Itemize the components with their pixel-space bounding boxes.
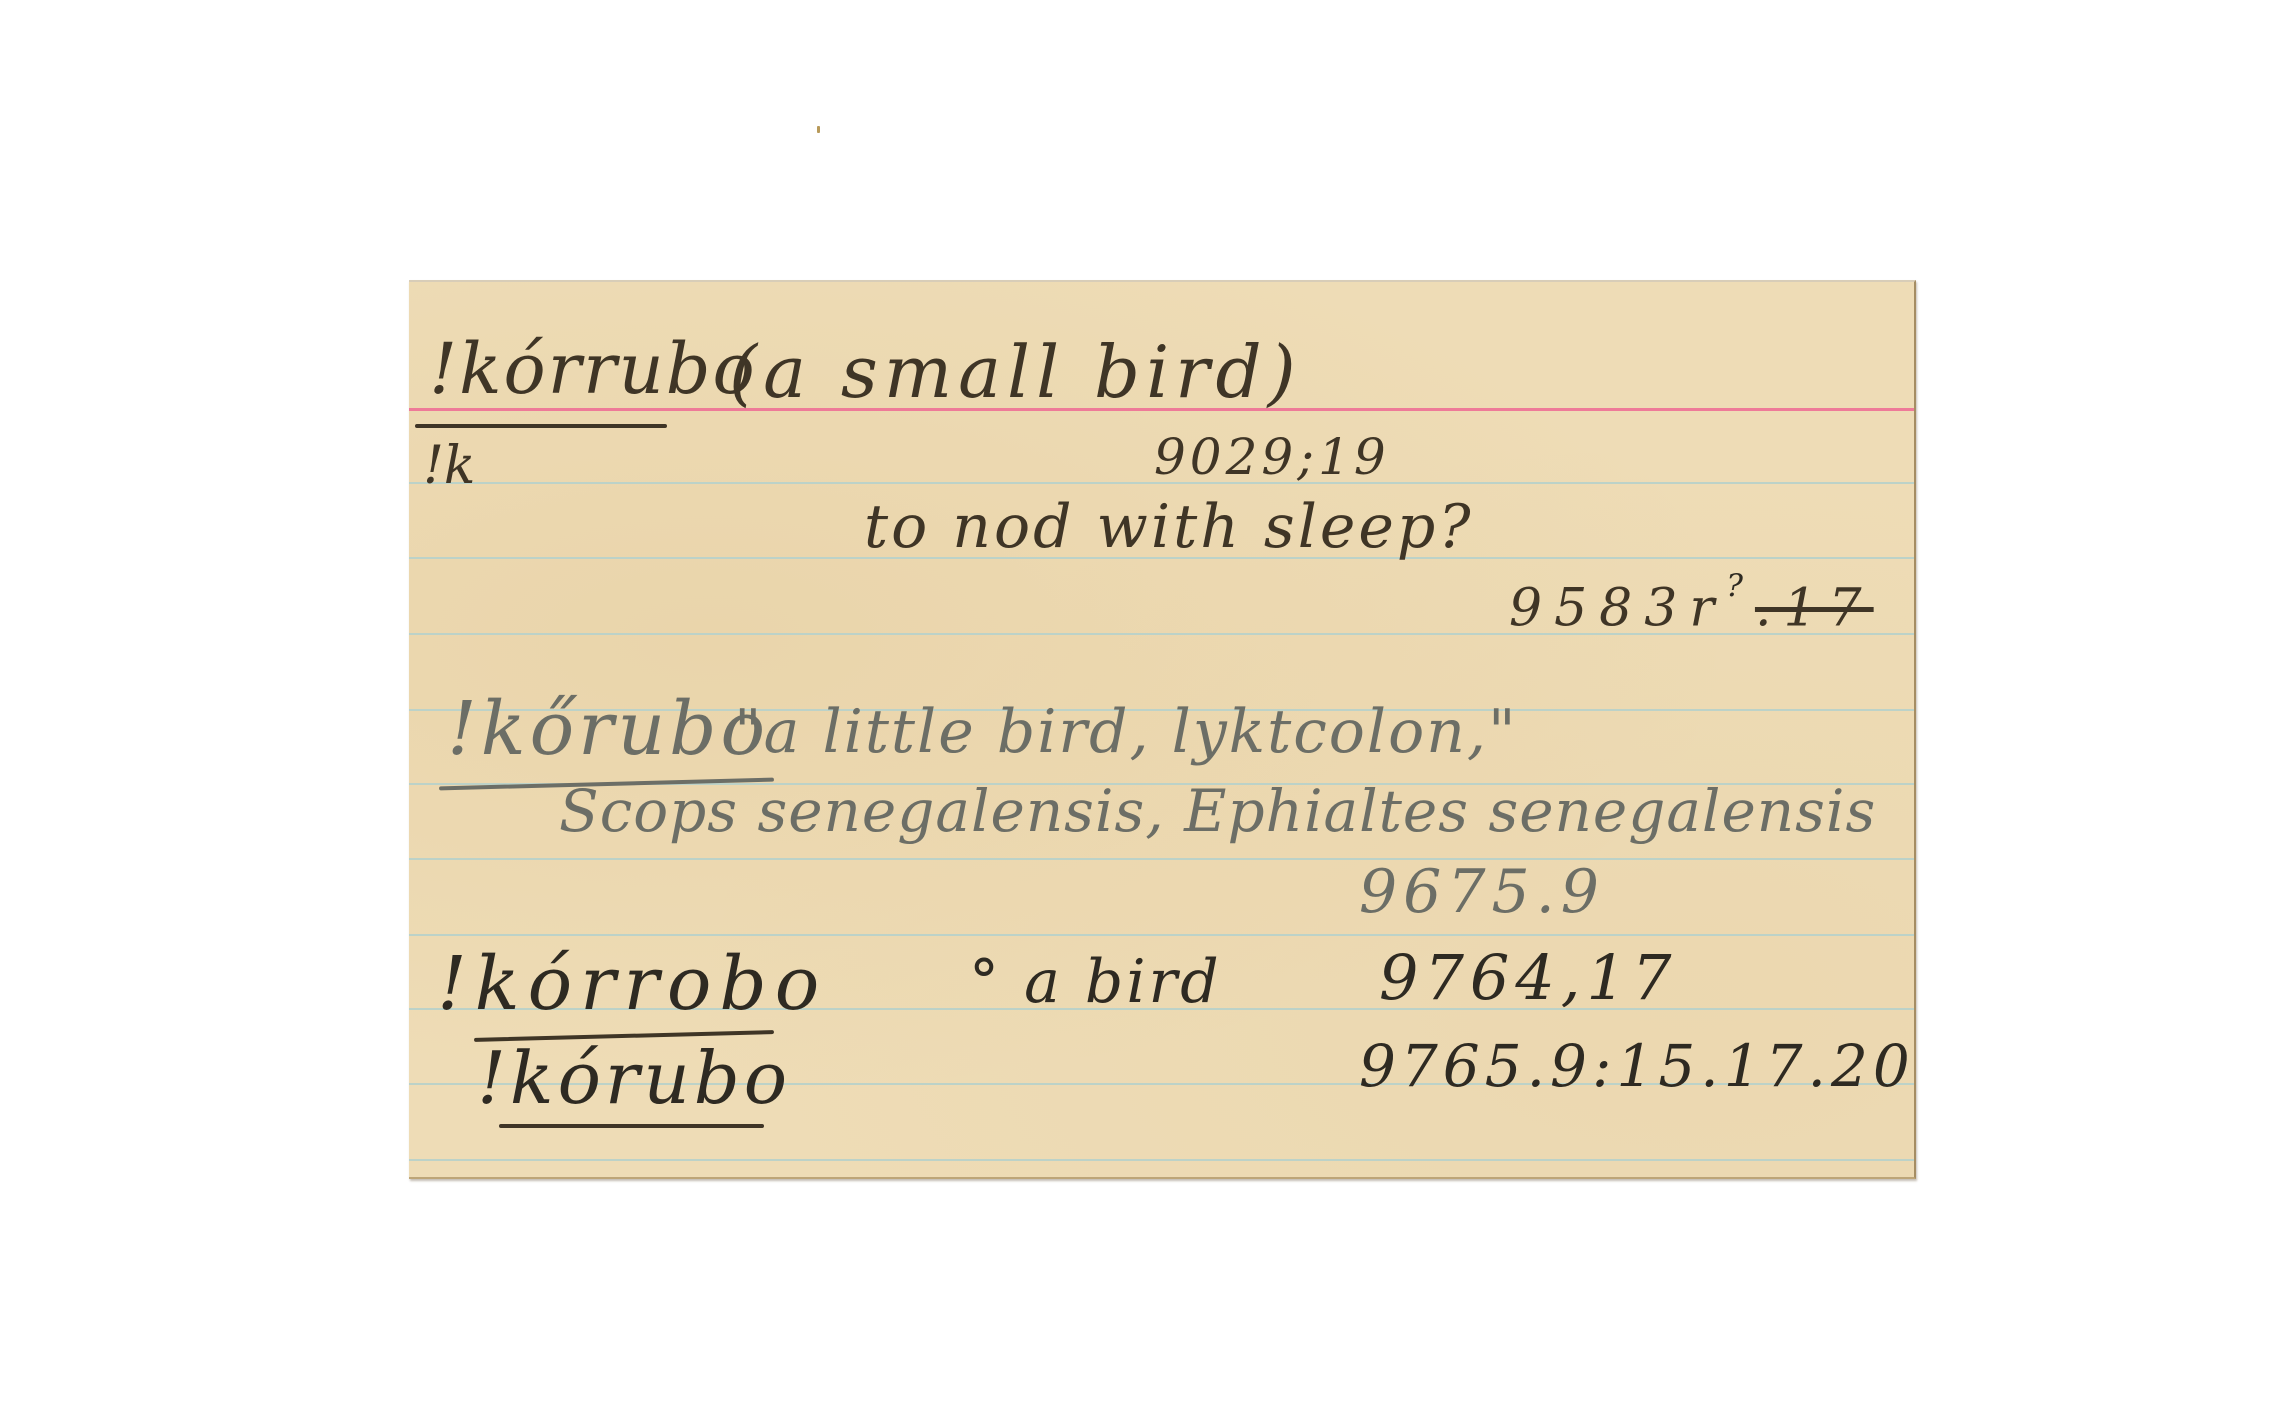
ruled-line <box>409 934 1914 936</box>
entry-1-query-mark: ? <box>1726 568 1755 604</box>
entry-2-headword: !kőrubo <box>447 692 769 766</box>
ruled-line <box>409 1159 1914 1161</box>
entry-4-reference: 9765.9:15.17.20 <box>1359 1037 1915 1095</box>
header-gloss: (a small bird) <box>729 336 1302 408</box>
entry-3-reference: 9764,17 <box>1379 947 1677 1009</box>
entry-1-prefix: !k <box>423 440 475 492</box>
header-headword-underline <box>415 424 667 428</box>
header-headword: !kórrubo <box>429 334 757 404</box>
entry-4-headword-underline <box>499 1124 764 1128</box>
entry-1-reference-2: 9583r?.17 <box>1509 582 1874 634</box>
entry-2-gloss-line-1: "a little bird, lyktcolon," <box>734 702 1518 762</box>
index-card: !kórrubo (a small bird) !k 9029;19 to no… <box>409 280 1916 1179</box>
entry-4-headword: !kórubo <box>477 1042 791 1114</box>
scan-speck <box>817 126 820 133</box>
entry-2-gloss-line-2: Scops senegalensis, Ephialtes senegalens… <box>559 782 1876 840</box>
entry-1-struck-reference: .17 <box>1755 578 1874 638</box>
entry-2-reference: 9675.9 <box>1359 862 1605 922</box>
entry-3-gloss: ° a bird <box>969 952 1222 1012</box>
entry-3-headword: !kórrobo <box>437 947 827 1021</box>
entry-1-definition: to nod with sleep? <box>864 497 1474 557</box>
entry-1-reference-2-number: 9583r <box>1509 578 1726 638</box>
entry-1-reference: 9029;19 <box>1154 432 1390 482</box>
ruled-line <box>409 858 1914 860</box>
